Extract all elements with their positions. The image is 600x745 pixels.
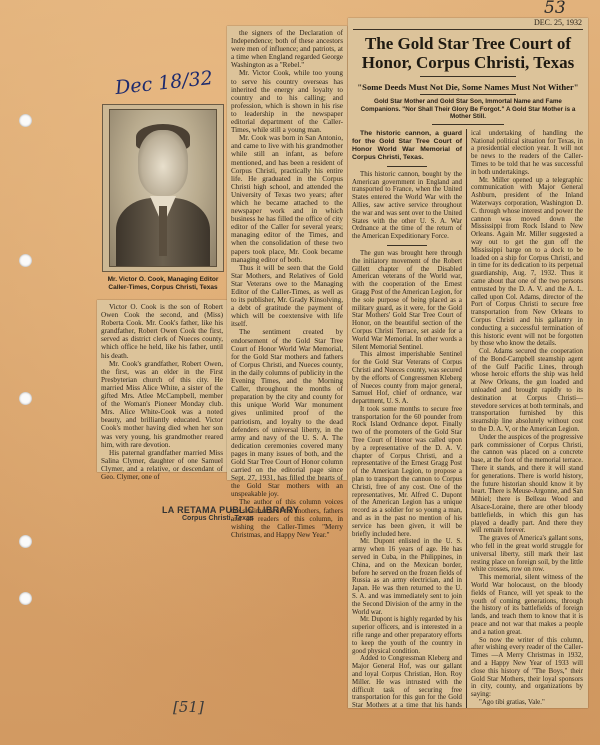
bio-clipping-left: Victor O. Cook is the son of Robert Owen… [97,300,227,472]
bio-text-left: Victor O. Cook is the son of Robert Owen… [97,300,227,484]
article-dateline: DEC. 25, 1932 [348,18,588,27]
library-stamp: LA RETAMA PUBLIC LIBRARY Corpus Christi,… [162,505,312,522]
binder-hole [19,535,32,548]
stamp-city: Corpus Christi, Texas [182,515,312,522]
article-deck: Gold Star Mother and Gold Star Son, Immo… [356,98,580,121]
article-headline: The Gold Star Tree Court of Honor, Corpu… [352,34,584,72]
stamp-library-name: LA RETAMA PUBLIC LIBRARY [162,505,312,515]
binder-hole [19,254,32,267]
article-lead: The historic cannon, a guard for the Gol… [352,130,462,162]
binder-hole [19,592,32,605]
scrapbook-page: Dec 18/32 53 [51] Mr. Victor O. Cook, Ma… [0,0,600,745]
handwritten-folio: [51] [173,698,204,716]
bio-clipping-middle: the signers of the Declaration of Indepe… [227,26,347,480]
article-clipping: DEC. 25, 1932 The Gold Star Tree Court o… [348,18,588,708]
handwritten-date: Dec 18/32 [114,67,214,99]
photo-caption: Mr. Victor O. Cook, Managing Editor Call… [100,276,226,292]
article-column-1: The historic cannon, a guard for the Gol… [348,127,466,708]
article-column-2: ical undertaking of handling the Nationa… [467,127,587,708]
article-subhead: "Some Deeds Must Not Die, Some Names Mus… [352,82,584,92]
bio-text-middle: the signers of the Declaration of Indepe… [227,26,347,542]
binder-hole [19,392,32,405]
portrait-photo [102,104,224,272]
binder-hole [19,114,32,127]
handwritten-page-number: 53 [544,0,566,18]
